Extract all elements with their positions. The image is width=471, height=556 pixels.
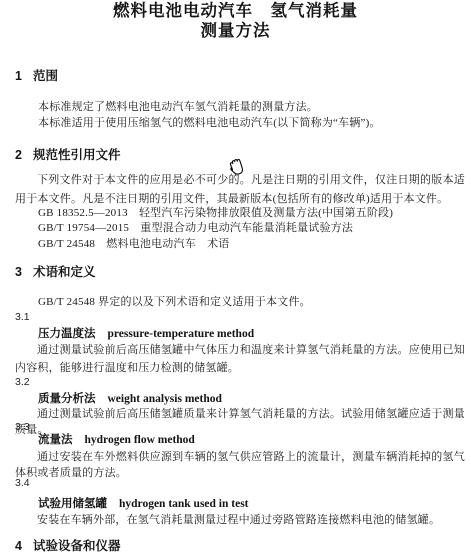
normative-references-paragraph: 下列文件对于本文件的应用是必不可少的。凡是注日期的引用文件，仅注日期的版本适用于… (15, 171, 465, 209)
term-title: 流量法hydrogen flow method (38, 432, 195, 447)
document-page: 燃料电池电动汽车 氢气消耗量 测量方法 1范围 本标准规定了燃料电池电动汽车氢气… (0, 0, 471, 556)
section-4-number: 4 (15, 539, 22, 553)
section-2-number: 2 (15, 148, 22, 162)
term-name-zh: 流量法 (38, 434, 73, 446)
term-definition: 通过测量试验前后高压储氢罐中气体压力和温度来计算氢气消耗量的方法。应使用已知内容… (15, 341, 465, 377)
terms-intro: GB/T 24548 界定的以及下列术语和定义适用于本文件。 (38, 295, 311, 309)
section-2-heading: 2规范性引用文件 (15, 148, 120, 162)
term-name-en: weight analysis method (108, 393, 222, 405)
document-title-line1: 燃料电池电动汽车 氢气消耗量 (0, 1, 471, 21)
term-number: 3.2 (15, 376, 30, 388)
section-1-number: 1 (15, 69, 22, 83)
term-name-en: hydrogen tank used in test (119, 498, 249, 510)
term-number: 3.3 (15, 421, 30, 433)
section-2-title: 规范性引用文件 (33, 148, 121, 162)
document-title-line2: 测量方法 (0, 21, 471, 41)
section-1-heading: 1范围 (15, 69, 58, 83)
section-3-title: 术语和定义 (33, 265, 96, 279)
term-name-en: pressure-temperature method (108, 328, 255, 340)
term-title: 压力温度法pressure-temperature method (38, 326, 254, 341)
section-1-title: 范围 (33, 69, 58, 83)
term-name-zh: 压力温度法 (38, 328, 96, 340)
reference-item: GB/T 19754—2015 重型混合动力电动汽车能量消耗量试验方法 (38, 221, 353, 235)
term-title: 质量分析法weight analysis method (38, 391, 222, 406)
term-title: 试验用储氢罐hydrogen tank used in test (38, 496, 249, 511)
term-name-zh: 试验用储氢罐 (38, 498, 107, 510)
section-4-title: 试验设备和仪器 (33, 539, 121, 553)
term-definition: 安装在车辆外部，在氢气消耗量测量过程中通过旁路管路连接燃料电池的储氢罐。 (15, 512, 465, 528)
term-number: 3.4 (15, 477, 30, 489)
reference-item: GB 18352.5—2013 轻型汽车污染物排放限值及测量方法(中国第五阶段) (38, 206, 393, 220)
reference-item: GB/T 24548 燃料电池电动汽车 术语 (38, 237, 230, 251)
section-3-number: 3 (15, 265, 22, 279)
section-4-heading: 4试验设备和仪器 (15, 539, 120, 553)
scope-paragraph-2: 本标准适用于使用压缩氢气的燃料电池电动汽车(以下简称为“车辆”)。 (38, 116, 381, 130)
term-name-en: hydrogen flow method (85, 434, 195, 446)
scope-paragraph-1: 本标准规定了燃料电池电动汽车氢气消耗量的测量方法。 (38, 100, 318, 114)
term-number: 3.1 (15, 311, 30, 323)
section-3-heading: 3术语和定义 (15, 265, 95, 279)
term-definition: 通过安装在车外燃料供应源到车辆的氢气供应管路上的流量计，测量车辆消耗掉的氢气体积… (15, 449, 465, 481)
term-name-zh: 质量分析法 (38, 393, 96, 405)
